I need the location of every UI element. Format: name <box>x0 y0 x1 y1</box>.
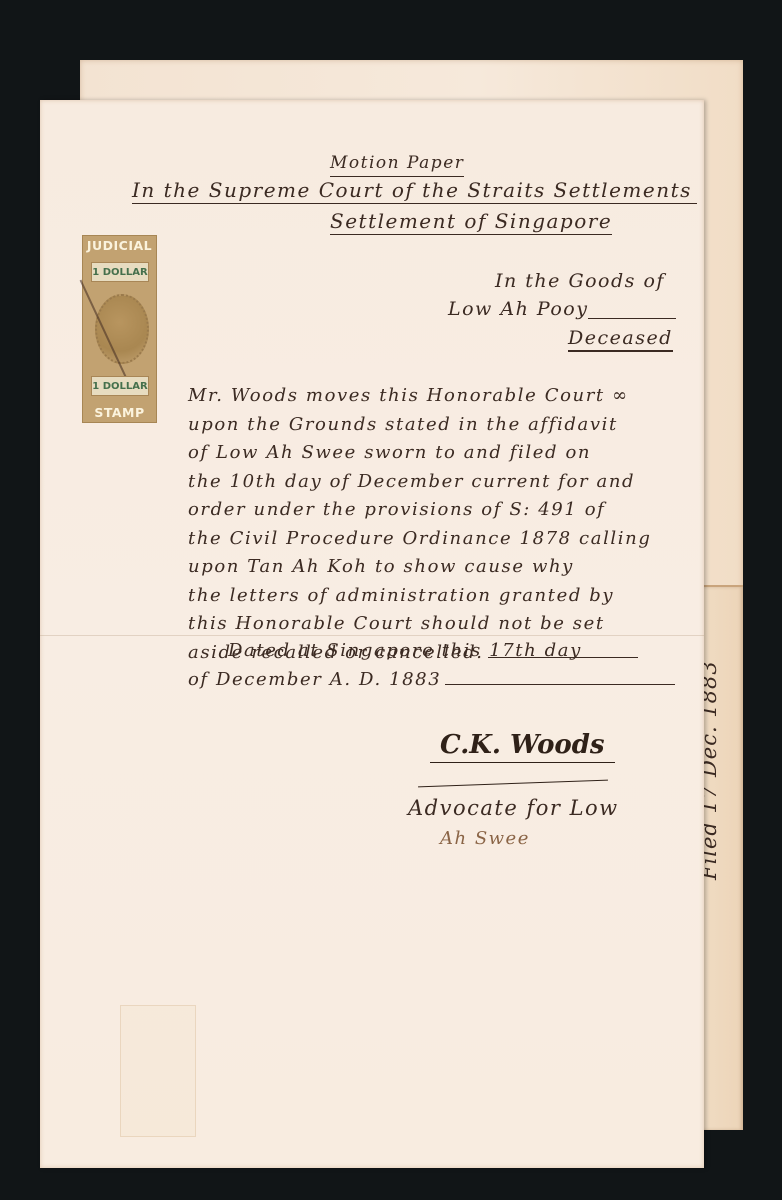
stamp-value-bottom: 1 DOLLAR <box>91 376 149 396</box>
body-line: the letters of administration granted by <box>188 582 698 611</box>
stamp-cancellation-mark <box>80 263 169 390</box>
document-title: Motion Paper <box>330 150 464 177</box>
dated-line-1: Dated at Singapore this 17th day <box>188 637 698 666</box>
body-line: order under the provisions of S: 491 of <box>188 496 698 525</box>
motion-body: Mr. Woods moves this Honorable Court ∞ u… <box>188 382 698 667</box>
filler-rule <box>445 683 675 685</box>
deceased-name: Low Ah Pooy <box>448 298 588 320</box>
settlement-name: Settlement of Singapore <box>330 208 612 235</box>
signature-rule <box>418 780 608 788</box>
body-line: of Low Ah Swee sworn to and filed on <box>188 439 698 468</box>
advocate-role: Advocate for Low <box>408 796 619 820</box>
body-line: upon Tan Ah Koh to show cause why <box>188 553 698 582</box>
stamp-bottom-label: STAMP <box>83 405 156 420</box>
name-rule <box>588 318 676 319</box>
body-line: Mr. Woods moves this Honorable Court ∞ <box>188 382 698 411</box>
motion-paper-document: Motion Paper In the Supreme Court of the… <box>40 100 704 1168</box>
court-name: In the Supreme Court of the Straits Sett… <box>132 177 697 204</box>
client-name: Ah Swee <box>440 828 530 849</box>
judicial-stamp: JUDICIAL 1 DOLLAR 1 DOLLAR STAMP <box>82 235 157 423</box>
deceased-label: Deceased <box>568 326 673 352</box>
dated-clause: Dated at Singapore this 17th day of Dece… <box>188 637 698 694</box>
body-line: the Civil Procedure Ordinance 1878 calli… <box>188 525 698 554</box>
stamp-top-label: JUDICIAL <box>83 238 156 253</box>
body-line: the 10th day of December current for and <box>188 468 698 497</box>
matter-line-1: In the Goods of <box>495 270 665 292</box>
advocate-signature: C.K. Woods <box>430 730 615 763</box>
dated-line-2-text: of December A. D. 1883 <box>188 669 441 690</box>
body-line: this Honorable Court should not be set <box>188 610 698 639</box>
dated-line-2: of December A. D. 1883 <box>188 666 698 695</box>
body-line: upon the Grounds stated in the affidavit <box>188 411 698 440</box>
stamp-ghost-mark <box>120 1005 196 1137</box>
